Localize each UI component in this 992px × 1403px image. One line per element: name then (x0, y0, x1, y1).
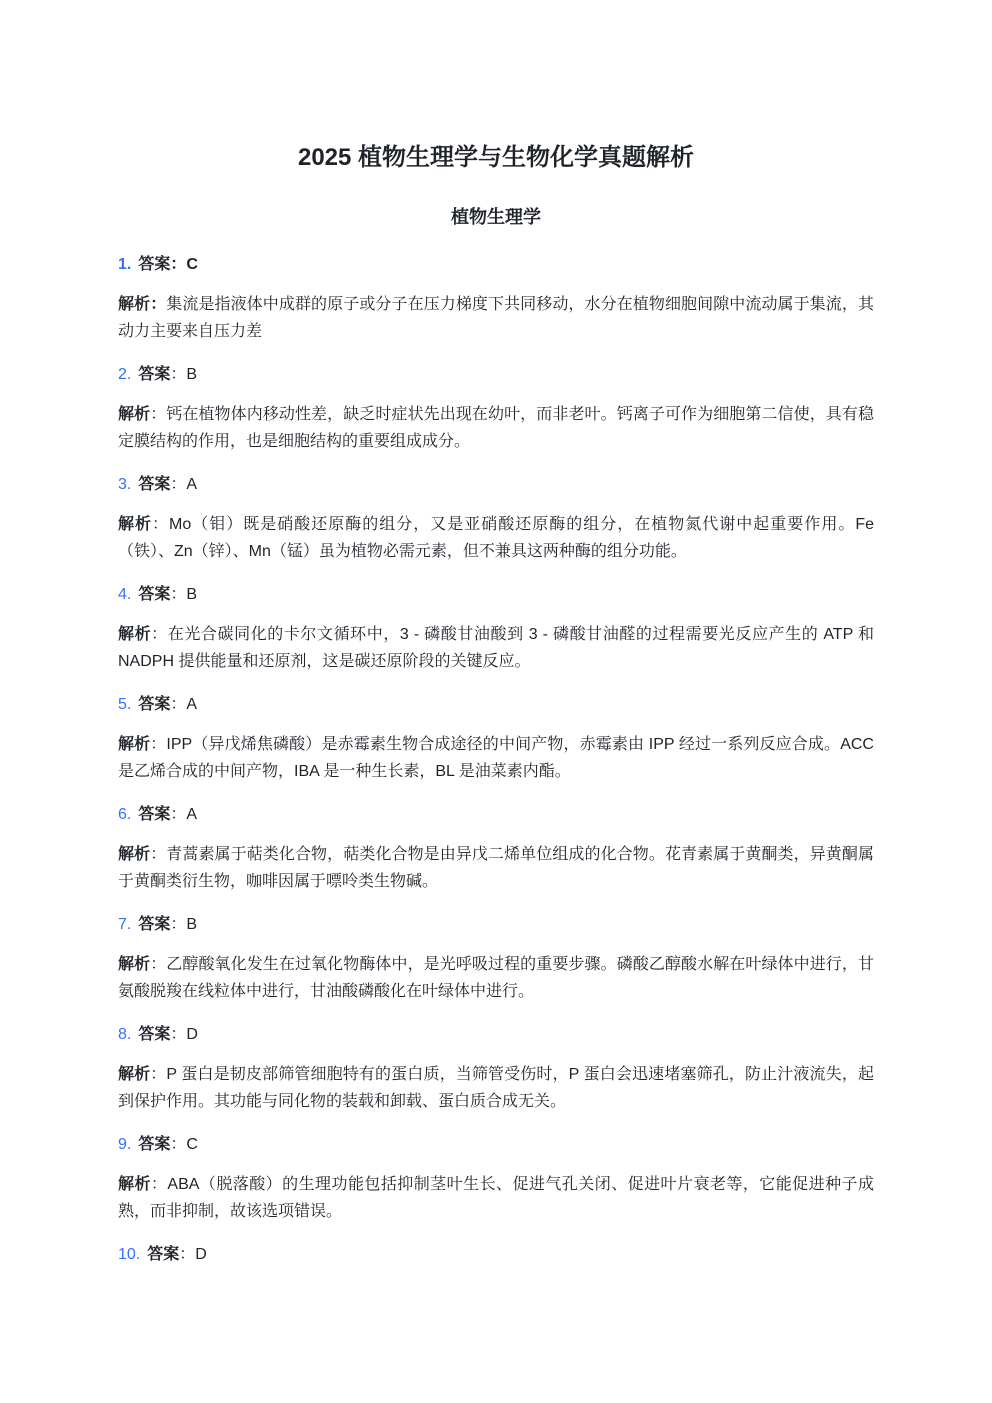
analysis-paragraph: 解析：P 蛋白是韧皮部筛管细胞特有的蛋白质，当筛管受伤时，P 蛋白会迅速堵塞筛孔… (118, 1061, 874, 1115)
answer-label: 答案 (138, 806, 170, 823)
analysis-text: 乙醇酸氧化发生在过氧化物酶体中，是光呼吸过程的重要步骤。磷酸乙醇酸水解在叶绿体中… (118, 956, 874, 1000)
item-number: 2. (118, 366, 131, 383)
analysis-paragraph: 解析：在光合碳同化的卡尔文循环中，3 - 磷酸甘油酸到 3 - 磷酸甘油醛的过程… (118, 621, 874, 675)
analysis-label: 解析 (118, 1066, 150, 1083)
analysis-label: 解析 (118, 516, 152, 533)
answer-item: 5.答案：A 解析：IPP（异戊烯焦磷酸）是赤霉素生物合成途径的中间产物，赤霉素… (118, 691, 874, 785)
answer-item: 3.答案：A 解析：Mo（钼）既是硝酸还原酶的组分，又是亚硝酸还原酶的组分，在植… (118, 471, 874, 565)
item-number: 4. (118, 586, 131, 603)
analysis-paragraph: 解析：ABA（脱落酸）的生理功能包括抑制茎叶生长、促进气孔关闭、促进叶片衰老等，… (118, 1171, 874, 1225)
analysis-separator: ： (150, 406, 166, 423)
analysis-text: 集流是指液体中成群的原子或分子在压力梯度下共同移动，水分在植物细胞间隙中流动属于… (118, 296, 874, 340)
item-number: 8. (118, 1026, 131, 1043)
answer-separator: ： (170, 586, 186, 603)
analysis-separator: ： (150, 846, 166, 863)
answer-list: 1.答案：C 解析：集流是指液体中成群的原子或分子在压力梯度下共同移动，水分在植… (118, 251, 874, 1268)
answer-separator: ： (170, 1136, 186, 1153)
answer-line: 6.答案：A (118, 801, 874, 828)
answer-separator: ： (170, 256, 186, 273)
section-heading: 植物生理学 (118, 205, 874, 229)
analysis-separator: ： (150, 956, 166, 973)
analysis-label: 解析 (118, 736, 150, 753)
analysis-label: 解析 (118, 626, 151, 643)
answer-label: 答案 (138, 696, 170, 713)
answer-line: 10.答案：D (118, 1241, 874, 1268)
item-number: 9. (118, 1136, 131, 1153)
answer-value: B (186, 586, 197, 603)
item-number: 1. (118, 256, 131, 273)
analysis-separator: ： (151, 1176, 167, 1193)
analysis-paragraph: 解析：IPP（异戊烯焦磷酸）是赤霉素生物合成途径的中间产物，赤霉素由 IPP 经… (118, 731, 874, 785)
analysis-text: 在光合碳同化的卡尔文循环中，3 - 磷酸甘油酸到 3 - 磷酸甘油醛的过程需要光… (118, 626, 874, 670)
item-number: 5. (118, 696, 131, 713)
answer-item: 9.答案：C 解析：ABA（脱落酸）的生理功能包括抑制茎叶生长、促进气孔关闭、促… (118, 1131, 874, 1225)
analysis-text: P 蛋白是韧皮部筛管细胞特有的蛋白质，当筛管受伤时，P 蛋白会迅速堵塞筛孔，防止… (118, 1066, 874, 1110)
analysis-text: Mo（钼）既是硝酸还原酶的组分，又是亚硝酸还原酶的组分，在植物氮代谢中起重要作用… (118, 516, 874, 560)
answer-item: 1.答案：C 解析：集流是指液体中成群的原子或分子在压力梯度下共同移动，水分在植… (118, 251, 874, 345)
answer-line: 4.答案：B (118, 581, 874, 608)
analysis-separator: ： (150, 736, 166, 753)
answer-value: A (186, 696, 197, 713)
answer-label: 答案 (147, 1246, 179, 1263)
answer-value: B (186, 366, 197, 383)
answer-value: C (186, 256, 198, 273)
answer-value: B (186, 916, 197, 933)
answer-separator: ： (170, 1026, 186, 1043)
answer-separator: ： (179, 1246, 195, 1263)
analysis-text: IPP（异戊烯焦磷酸）是赤霉素生物合成途径的中间产物，赤霉素由 IPP 经过一系… (118, 736, 874, 780)
answer-separator: ： (170, 916, 186, 933)
answer-label: 答案 (138, 1026, 170, 1043)
document-title: 2025 植物生理学与生物化学真题解析 (118, 143, 874, 173)
answer-item: 7.答案：B 解析：乙醇酸氧化发生在过氧化物酶体中，是光呼吸过程的重要步骤。磷酸… (118, 911, 874, 1005)
analysis-label: 解析 (118, 1176, 151, 1193)
answer-line: 8.答案：D (118, 1021, 874, 1048)
analysis-paragraph: 解析：青蒿素属于萜类化合物，萜类化合物是由异戊二烯单位组成的化合物。花青素属于黄… (118, 841, 874, 895)
answer-value: D (195, 1246, 207, 1263)
document-page: 2025 植物生理学与生物化学真题解析 植物生理学 1.答案：C 解析：集流是指… (0, 0, 992, 1403)
answer-label: 答案 (138, 586, 170, 603)
answer-item: 2.答案：B 解析：钙在植物体内移动性差，缺乏时症状先出现在幼叶，而非老叶。钙离… (118, 361, 874, 455)
analysis-text: 钙在植物体内移动性差，缺乏时症状先出现在幼叶，而非老叶。钙离子可作为细胞第二信使… (118, 406, 874, 450)
answer-value: D (186, 1026, 198, 1043)
answer-line: 7.答案：B (118, 911, 874, 938)
analysis-label: 解析 (118, 956, 150, 973)
analysis-separator: ： (151, 626, 168, 643)
item-number: 10. (118, 1246, 140, 1263)
item-number: 7. (118, 916, 131, 933)
answer-label: 答案 (138, 366, 170, 383)
analysis-text: 青蒿素属于萜类化合物，萜类化合物是由异戊二烯单位组成的化合物。花青素属于黄酮类，… (118, 846, 874, 890)
answer-item: 10.答案：D (118, 1241, 874, 1268)
answer-line: 3.答案：A (118, 471, 874, 498)
analysis-separator: ： (152, 516, 169, 533)
answer-label: 答案 (138, 256, 170, 273)
answer-label: 答案 (138, 1136, 170, 1153)
analysis-label: 解析 (118, 846, 150, 863)
answer-value: A (186, 476, 197, 493)
answer-separator: ： (170, 696, 186, 713)
analysis-paragraph: 解析：乙醇酸氧化发生在过氧化物酶体中，是光呼吸过程的重要步骤。磷酸乙醇酸水解在叶… (118, 951, 874, 1005)
answer-item: 6.答案：A 解析：青蒿素属于萜类化合物，萜类化合物是由异戊二烯单位组成的化合物… (118, 801, 874, 895)
analysis-separator: ： (150, 296, 166, 313)
answer-label: 答案 (138, 476, 170, 493)
analysis-label: 解析 (118, 406, 150, 423)
answer-line: 2.答案：B (118, 361, 874, 388)
answer-item: 8.答案：D 解析：P 蛋白是韧皮部筛管细胞特有的蛋白质，当筛管受伤时，P 蛋白… (118, 1021, 874, 1115)
answer-separator: ： (170, 806, 186, 823)
analysis-label: 解析 (118, 296, 150, 313)
answer-separator: ： (170, 476, 186, 493)
answer-line: 1.答案：C (118, 251, 874, 278)
answer-label: 答案 (138, 916, 170, 933)
analysis-separator: ： (150, 1066, 166, 1083)
answer-value: C (186, 1136, 198, 1153)
answer-item: 4.答案：B 解析：在光合碳同化的卡尔文循环中，3 - 磷酸甘油酸到 3 - 磷… (118, 581, 874, 675)
answer-value: A (186, 806, 197, 823)
analysis-text: ABA（脱落酸）的生理功能包括抑制茎叶生长、促进气孔关闭、促进叶片衰老等，它能促… (118, 1176, 874, 1220)
item-number: 6. (118, 806, 131, 823)
item-number: 3. (118, 476, 131, 493)
answer-line: 5.答案：A (118, 691, 874, 718)
analysis-paragraph: 解析：钙在植物体内移动性差，缺乏时症状先出现在幼叶，而非老叶。钙离子可作为细胞第… (118, 401, 874, 455)
answer-separator: ： (170, 366, 186, 383)
answer-line: 9.答案：C (118, 1131, 874, 1158)
analysis-paragraph: 解析：集流是指液体中成群的原子或分子在压力梯度下共同移动，水分在植物细胞间隙中流… (118, 291, 874, 345)
analysis-paragraph: 解析：Mo（钼）既是硝酸还原酶的组分，又是亚硝酸还原酶的组分，在植物氮代谢中起重… (118, 511, 874, 565)
